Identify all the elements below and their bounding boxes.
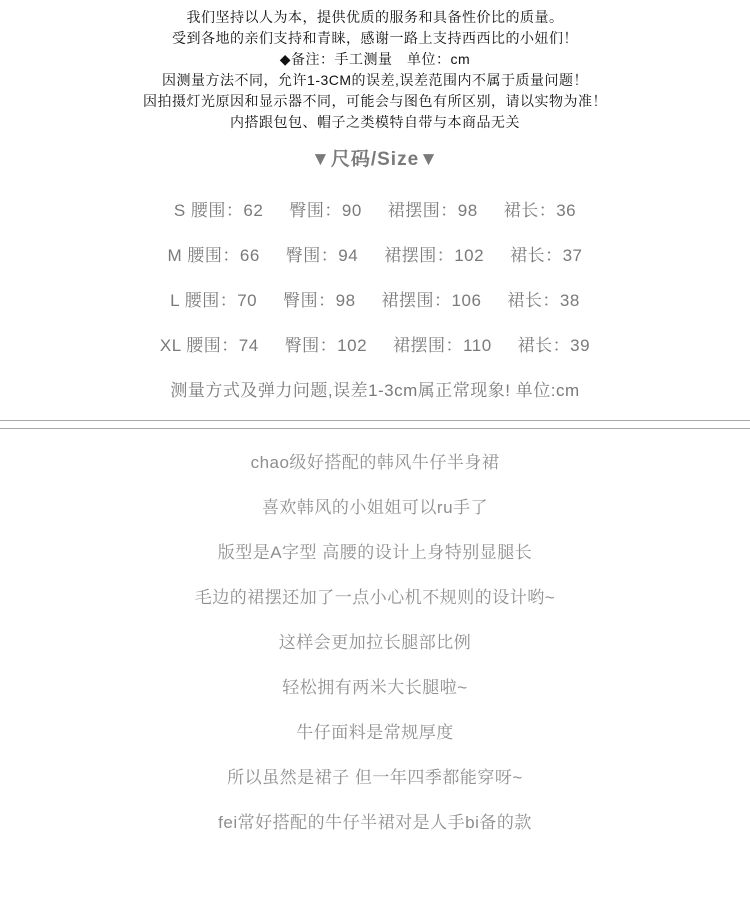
size-row-s: S 腰围：62 臀围：90 裙摆围：98 裙长：36: [0, 186, 750, 231]
size-cell: 裙长：39: [518, 331, 590, 356]
size-cell: 裙长：38: [507, 286, 579, 311]
size-row-xl: XL 腰围：74 臀围：102 裙摆围：110 裙长：39: [0, 321, 750, 366]
size-cell: 裙长：36: [504, 196, 576, 221]
size-cell: 裙摆围：102: [384, 241, 484, 266]
description-line: 轻松拥有两米大长腿啦~: [0, 663, 750, 708]
size-chart-title: ▼尺码/Size▼: [0, 147, 750, 173]
description-line: 所以虽然是裙子 但一年四季都能穿呀~: [0, 753, 750, 798]
description-line: 喜欢韩风的小姐姐可以ru手了: [0, 483, 750, 528]
description-line: 牛仔面料是常规厚度: [0, 708, 750, 753]
product-detail-page: 我们坚持以人为本，提供优质的服务和具备性价比的质量。 受到各地的亲们支持和青睐，…: [0, 0, 750, 898]
seller-notes-section: 我们坚持以人为本，提供优质的服务和具备性价比的质量。 受到各地的亲们支持和青睐，…: [0, 0, 750, 133]
tolerance-note-line: 因测量方法不同，允许1-3CM的误差,误差范围内不属于质量问题！: [0, 70, 750, 91]
section-divider: [0, 420, 750, 429]
size-cell: 裙摆围：106: [382, 286, 482, 311]
size-tolerance-note: 测量方式及弹力问题,误差1-3cm属正常现象! 单位:cm: [0, 366, 750, 411]
size-cell: 裙摆围：98: [388, 196, 478, 221]
description-line: fei常好搭配的牛仔半裙对是人手bi备的款: [0, 798, 750, 843]
size-cell: S 腰围：62: [174, 196, 263, 221]
color-difference-note-line: 因拍摄灯光原因和显示器不同，可能会与图色有所区别，请以实物为准！: [0, 91, 750, 112]
description-line: 这样会更加拉长腿部比例: [0, 618, 750, 663]
size-cell: 臀围：102: [285, 331, 367, 356]
size-row-l: L 腰围：70 臀围：98 裙摆围：106 裙长：38: [0, 276, 750, 321]
seller-note-line: 我们坚持以人为本，提供优质的服务和具备性价比的质量。: [0, 7, 750, 28]
size-cell: 裙长：37: [510, 241, 582, 266]
size-cell: M 腰围：66: [167, 241, 259, 266]
size-row-m: M 腰围：66 臀围：94 裙摆围：102 裙长：37: [0, 231, 750, 276]
accessories-note-line: 内搭跟包包、帽子之类模特自带与本商品无关: [0, 112, 750, 133]
description-line: 毛边的裙摆还加了一点小心机不规则的设计哟~: [0, 573, 750, 618]
measurement-remark-line: ◆备注：手工测量 单位：cm: [0, 49, 750, 70]
size-cell: 臀围：98: [283, 286, 355, 311]
description-line: chao级好搭配的韩风牛仔半身裙: [0, 438, 750, 483]
size-chart-section: ▼尺码/Size▼ S 腰围：62 臀围：90 裙摆围：98 裙长：36 M 腰…: [0, 147, 750, 411]
size-cell: 臀围：90: [289, 196, 361, 221]
size-cell: L 腰围：70: [170, 286, 257, 311]
size-cell: 裙摆围：110: [393, 331, 492, 356]
seller-note-line: 受到各地的亲们支持和青睐，感谢一路上支持西西比的小妞们！: [0, 28, 750, 49]
size-chart-rows: S 腰围：62 臀围：90 裙摆围：98 裙长：36 M 腰围：66 臀围：94…: [0, 186, 750, 366]
size-cell: 臀围：94: [286, 241, 358, 266]
product-description-section: chao级好搭配的韩风牛仔半身裙 喜欢韩风的小姐姐可以ru手了 版型是A字型 高…: [0, 438, 750, 843]
size-cell: XL 腰围：74: [160, 331, 259, 356]
description-line: 版型是A字型 高腰的设计上身特别显腿长: [0, 528, 750, 573]
